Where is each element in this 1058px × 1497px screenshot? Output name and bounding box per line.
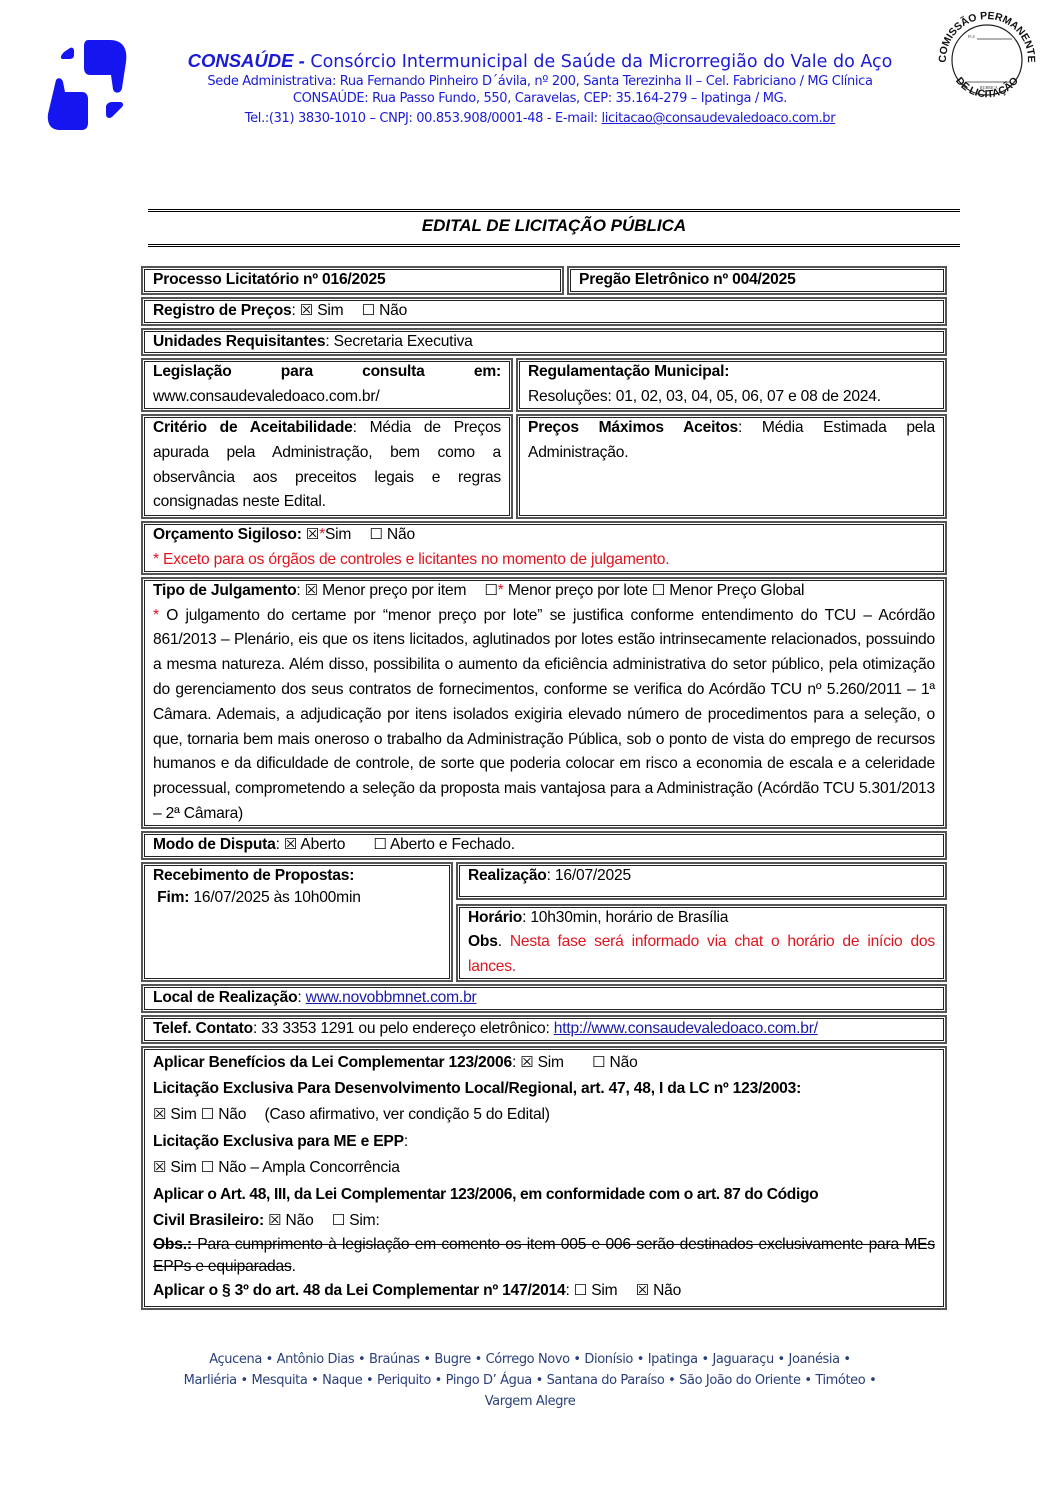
registro-nao-label: Não (379, 302, 407, 319)
horario-value: 10h30min, horário de Brasília (530, 909, 728, 926)
stamp-field-fls: FLS (968, 34, 975, 39)
realizacao-label: Realização (468, 867, 547, 884)
art48-label-cont: Civil Brasileiro: (153, 1212, 264, 1229)
orcamento-nao-label: Não (387, 526, 415, 543)
recebimento-label: Recebimento de Propostas: (153, 864, 441, 889)
address-line-2: CONSAÚDE: Rua Passo Fundo, 550, Caravela… (160, 90, 920, 107)
regulamentacao-value: Resoluções: 01, 02, 03, 04, 05, 06, 07 e… (528, 385, 935, 410)
unidades-row: Unidades Requisitantes: Secretaria Execu… (141, 328, 947, 357)
registro-sim-label: Sim (317, 302, 343, 319)
beneficios-obs: Obs.: Para cumprimento à legislação em c… (153, 1234, 935, 1278)
processo-number: Processo Licitatório nº 016/2025 (153, 271, 385, 288)
realizacao-column: Realização: 16/07/2025 Horário: 10h30min… (456, 862, 947, 982)
orcamento-sim-label: Sim (325, 526, 351, 543)
stamp-field-rubrica: RUBRICA (980, 85, 998, 90)
asterisk-mark: * (498, 582, 504, 599)
modo-disputa-label: Modo de Disputa (153, 836, 276, 853)
fim-label: Fim: (157, 889, 189, 906)
me-epp-nao-checkbox[interactable]: ☐ (201, 1155, 214, 1181)
lc123-line: Aplicar Benefícios da Lei Complementar 1… (153, 1050, 935, 1076)
telefone-label: Telef. Contato (153, 1020, 253, 1037)
legislacao-label: Legislação para consulta em: (153, 360, 501, 385)
julgamento-row: Tipo de Julgamento: ☒ Menor preço por it… (141, 577, 947, 829)
lc147-sim-checkbox[interactable]: ☐ (574, 1278, 587, 1304)
me-epp-line: Licitação Exclusiva para ME e EPP: (153, 1129, 935, 1155)
precos-maximos-label: Preços Máximos Aceitos (528, 419, 738, 436)
org-full-name: Consórcio Intermunicipal de Saúde da Mic… (310, 52, 892, 72)
registro-nao-checkbox[interactable]: ☐ (362, 299, 375, 324)
realizacao-cell: Realização: 16/07/2025 (456, 862, 947, 900)
fim-value: 16/07/2025 às 10h00min (193, 889, 360, 906)
modo-disputa-row: Modo de Disputa: ☒ Aberto ☐ Aberto e Fec… (141, 831, 947, 860)
letterhead: CONSAÚDE - Consórcio Intermunicipal de S… (160, 50, 920, 127)
org-title: CONSAÚDE - Consórcio Intermunicipal de S… (160, 50, 920, 73)
horario-cell: Horário: 10h30min, horário de Brasília O… (456, 904, 947, 982)
julgamento-lote-checkbox[interactable]: ☐ (485, 579, 498, 604)
pregao-cell: Pregão Eletrônico nº 004/2025 (567, 266, 947, 295)
criterio-row: Critério de Aceitabilidade: Média de Pre… (141, 414, 947, 519)
julgamento-item-label: Menor preço por item (322, 582, 466, 599)
regional-sim-checkbox[interactable]: ☒ (153, 1102, 166, 1128)
contact-line: Tel.:(31) 3830-1010 – CNPJ: 00.853.908/0… (160, 110, 920, 127)
julgamento-lote-label: Menor preço por lote (508, 582, 648, 599)
unidades-value: Secretaria Executiva (334, 333, 473, 350)
julgamento-global-label: Menor Preço Global (669, 582, 804, 599)
regional-note: (Caso afirmativo, ver condição 5 do Edit… (264, 1106, 549, 1123)
modo-aberto-fechado-label: Aberto e Fechado. (390, 836, 515, 853)
contact-info: Tel.:(31) 3830-1010 – CNPJ: 00.853.908/0… (245, 111, 602, 126)
orcamento-note: * Exceto para os órgãos de controles e l… (153, 548, 935, 573)
orcamento-label: Orçamento Sigiloso: (153, 526, 302, 543)
lc123-sim-checkbox[interactable]: ☒ (520, 1050, 533, 1076)
lc123-nao-checkbox[interactable]: ☐ (592, 1050, 605, 1076)
site-link[interactable]: http://www.consaudevaledoaco.com.br/ (554, 1020, 818, 1037)
me-epp-label: Licitação Exclusiva para ME e EPP (153, 1133, 404, 1150)
lc123-label: Aplicar Benefícios da Lei Complementar 1… (153, 1054, 512, 1071)
beneficios-block: Aplicar Benefícios da Lei Complementar 1… (141, 1046, 947, 1310)
obs-label: Obs (468, 933, 498, 950)
julgamento-item-checkbox[interactable]: ☒ (305, 579, 318, 604)
regional-nao-checkbox[interactable]: ☐ (201, 1102, 214, 1128)
telefone-row: Telef. Contato: 33 3353 1291 ou pelo end… (141, 1015, 947, 1044)
julgamento-global-checkbox[interactable]: ☐ (652, 579, 665, 604)
julgamento-options: Tipo de Julgamento: ☒ Menor preço por it… (153, 579, 935, 604)
lc147-nao-checkbox[interactable]: ☒ (636, 1278, 649, 1304)
document-title-block: EDITAL DE LICITAÇÃO PÚBLICA (148, 209, 960, 247)
lc147-nao-label: Não (653, 1282, 681, 1299)
criterio-cell: Critério de Aceitabilidade: Média de Pre… (141, 414, 513, 519)
orcamento-sim-checkbox[interactable]: ☒ (306, 523, 319, 548)
document-title: EDITAL DE LICITAÇÃO PÚBLICA (148, 212, 960, 239)
julgamento-justification: * O julgamento do certame por “menor pre… (153, 604, 935, 827)
local-link[interactable]: www.novobbmnet.com.br (306, 989, 477, 1006)
pregao-number: Pregão Eletrônico nº 004/2025 (579, 271, 796, 288)
legislacao-cell: Legislação para consulta em: www.consaud… (141, 358, 513, 412)
regulamentacao-label: Regulamentação Municipal: (528, 360, 935, 385)
horario-label: Horário (468, 909, 522, 926)
email-link[interactable]: licitacao@consaudevaledoaco.com.br (601, 111, 835, 126)
footer-line-1: Açucena • Antônio Dias • Braúnas • Bugre… (160, 1349, 900, 1370)
orcamento-nao-checkbox[interactable]: ☐ (370, 523, 383, 548)
footer-line-3: Vargem Alegre (160, 1391, 900, 1412)
lc123-sim-label: Sim (538, 1054, 564, 1071)
process-row: Processo Licitatório nº 016/2025 Pregão … (141, 266, 947, 295)
legislacao-url: www.consaudevaledoaco.com.br/ (153, 385, 501, 410)
modo-aberto-fechado-checkbox[interactable]: ☐ (373, 833, 386, 858)
criterio-label: Critério de Aceitabilidade (153, 419, 353, 436)
precos-maximos-cell: Preços Máximos Aceitos: Média Estimada p… (516, 414, 947, 519)
regional-sim-label: Sim (170, 1106, 196, 1123)
beneficios-obs-text: Para cumprimento à legislação em comento… (153, 1236, 935, 1275)
art48-nao-checkbox[interactable]: ☒ (268, 1208, 281, 1234)
art48-sim-label: Sim: (349, 1212, 379, 1229)
edital-form: Processo Licitatório nº 016/2025 Pregão … (141, 266, 947, 1312)
modo-aberto-checkbox[interactable]: ☒ (284, 833, 297, 858)
justification-text: O julgamento do certame por “menor preço… (153, 607, 935, 822)
me-epp-options: ☒ Sim ☐ Não – Ampla Concorrência (153, 1155, 935, 1181)
asterisk-mark: * (153, 607, 159, 624)
art48-label: Aplicar o Art. 48, III, da Lei Complemen… (153, 1182, 935, 1208)
consaude-logo (44, 40, 148, 132)
obs-value: Nesta fase será informado via chat o hor… (468, 933, 935, 975)
commission-stamp: COMISSÃO PERMANENTE DE LICITAÇÃO FLS RUB… (932, 2, 1042, 112)
art48-sim-checkbox[interactable]: ☐ (332, 1208, 345, 1234)
registro-precos-row: Registro de Preços: ☒ Sim ☐ Não (141, 297, 947, 326)
julgamento-label: Tipo de Julgamento (153, 582, 296, 599)
processo-cell: Processo Licitatório nº 016/2025 (141, 266, 564, 295)
art48-options: Civil Brasileiro: ☒ Não ☐ Sim: (153, 1208, 935, 1234)
realizacao-value: 16/07/2025 (555, 867, 631, 884)
modo-aberto-label: Aberto (300, 836, 345, 853)
orcamento-row: Orçamento Sigiloso: ☒*Sim ☐ Não * Exceto… (141, 521, 947, 575)
org-name: CONSAÚDE - (188, 50, 305, 71)
regulamentacao-cell: Regulamentação Municipal: Resoluções: 01… (516, 358, 947, 412)
footer-line-2: Marliéria • Mesquita • Naque • Periquito… (160, 1370, 900, 1391)
registro-sim-checkbox[interactable]: ☒ (300, 299, 313, 324)
me-epp-sim-label: Sim (170, 1159, 196, 1176)
regional-label: Licitação Exclusiva Para Desenvolvimento… (153, 1076, 935, 1102)
beneficios-obs-label: Obs.: (153, 1236, 192, 1253)
registro-precos-label: Registro de Preços (153, 302, 292, 319)
telefone-value: 33 3353 1291 ou pelo endereço eletrônico… (261, 1020, 553, 1037)
recebimento-cell: Recebimento de Propostas: Fim: 16/07/202… (141, 862, 453, 982)
lc147-label: Aplicar o § 3º do art. 48 da Lei Complem… (153, 1282, 566, 1299)
legislacao-row: Legislação para consulta em: www.consaud… (141, 358, 947, 412)
regional-options: ☒ Sim ☐ Não (Caso afirmativo, ver condiç… (153, 1102, 935, 1128)
address-line-1: Sede Administrativa: Rua Fernando Pinhei… (160, 73, 920, 90)
municipalities-footer: Açucena • Antônio Dias • Braúnas • Bugre… (160, 1349, 900, 1412)
art48-nao-label: Não (286, 1212, 314, 1229)
lc123-nao-label: Não (610, 1054, 638, 1071)
unidades-label: Unidades Requisitantes (153, 333, 325, 350)
local-label: Local de Realização (153, 989, 297, 1006)
me-epp-nao-label: Não – Ampla Concorrência (218, 1159, 400, 1176)
lc147-sim-label: Sim (591, 1282, 617, 1299)
me-epp-sim-checkbox[interactable]: ☒ (153, 1155, 166, 1181)
lc147-line: Aplicar o § 3º do art. 48 da Lei Complem… (153, 1278, 935, 1304)
local-row: Local de Realização: www.novobbmnet.com.… (141, 984, 947, 1013)
datas-row: Recebimento de Propostas: Fim: 16/07/202… (141, 862, 947, 982)
regional-nao-label: Não (218, 1106, 246, 1123)
